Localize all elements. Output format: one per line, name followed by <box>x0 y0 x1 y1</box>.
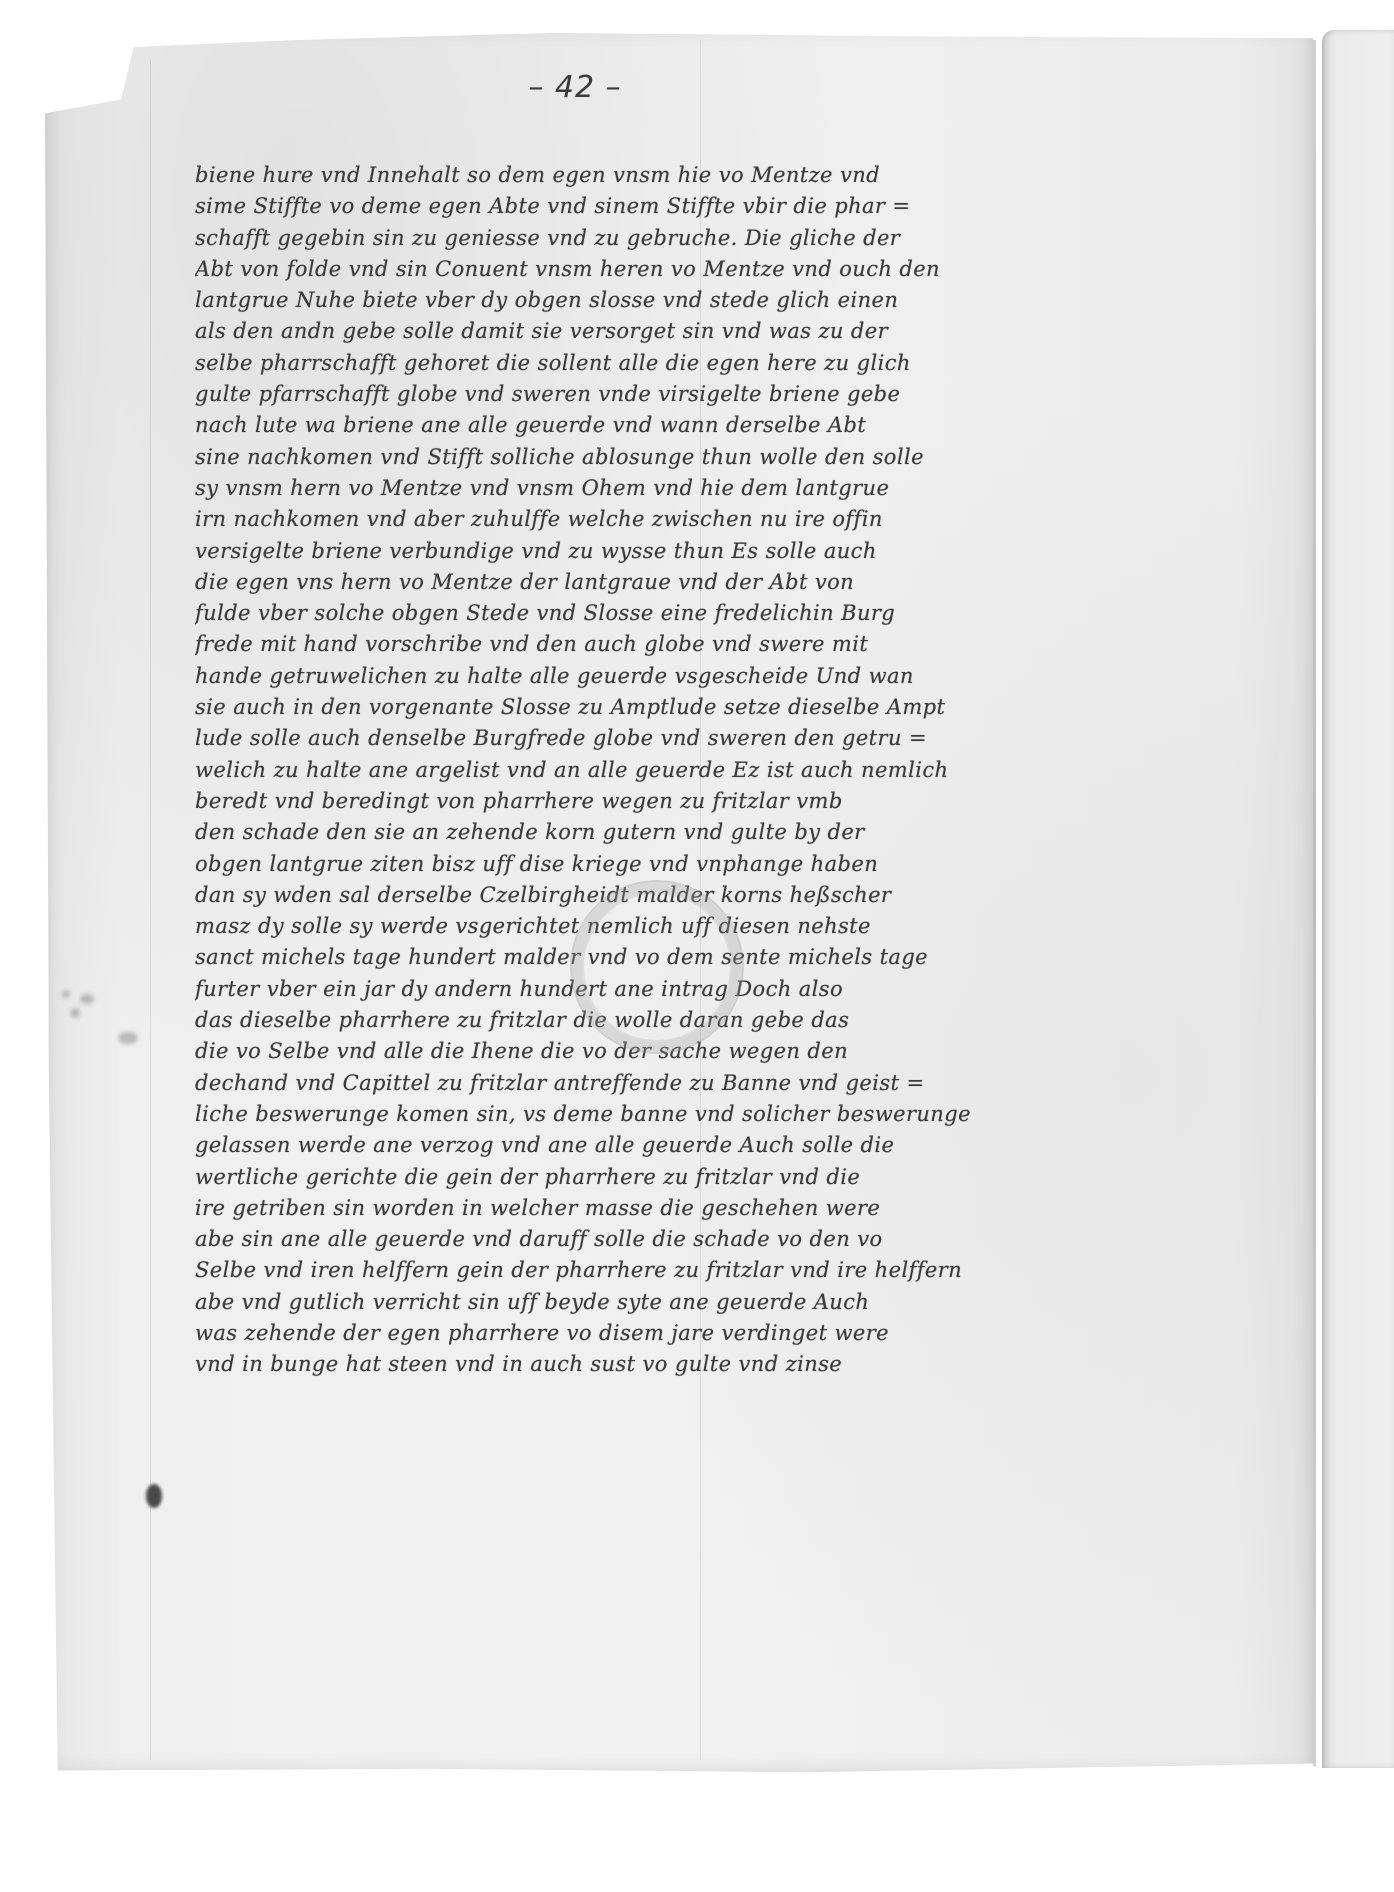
text-line: ire getriben sin worden in welcher masse… <box>195 1193 1255 1224</box>
text-line: sime Stiffte vo deme egen Abte vnd sinem… <box>195 191 1255 222</box>
ink-blot <box>146 1484 162 1508</box>
text-line: selbe pharrschafft gehoret die sollent a… <box>195 348 1255 379</box>
facing-page-edge <box>1322 30 1394 1768</box>
text-line: als den andn gebe solle damit sie versor… <box>195 316 1255 347</box>
text-line: frede mit hand vorschribe vnd den auch g… <box>195 629 1255 660</box>
text-line: liche beswerunge komen sin, vs deme bann… <box>195 1099 1255 1130</box>
ink-speck <box>118 1032 138 1044</box>
text-line: den schade den sie an zehende korn guter… <box>195 817 1255 848</box>
text-line: sine nachkomen vnd Stifft solliche ablos… <box>195 442 1255 473</box>
text-line: lude solle auch denselbe Burgfrede globe… <box>195 723 1255 754</box>
text-line: die vo Selbe vnd alle die Ihene die vo d… <box>195 1036 1255 1067</box>
text-line: gulte pfarrschafft globe vnd sweren vnde… <box>195 379 1255 410</box>
text-line: masz dy solle sy werde vsgerichtet nemli… <box>195 911 1255 942</box>
text-line: gelassen werde ane verzog vnd ane alle g… <box>195 1130 1255 1161</box>
text-line: was zehende der egen pharrhere vo disem … <box>195 1318 1255 1349</box>
text-line: Selbe vnd iren helffern gein der pharrhe… <box>195 1255 1255 1286</box>
text-line: abe sin ane alle geuerde vnd daruff soll… <box>195 1224 1255 1255</box>
text-line: irn nachkomen vnd aber zuhulffe welche z… <box>195 504 1255 535</box>
text-line: sie auch in den vorgenante Slosse zu Amp… <box>195 692 1255 723</box>
text-line: versigelte briene verbundige vnd zu wyss… <box>195 536 1255 567</box>
text-line: das dieselbe pharrhere zu fritzlar die w… <box>195 1005 1255 1036</box>
text-line: beredt vnd beredingt von pharrhere wegen… <box>195 786 1255 817</box>
text-line: furter vber ein jar dy andern hundert an… <box>195 974 1255 1005</box>
gutter-fold <box>1313 40 1316 1766</box>
text-line: obgen lantgrue ziten bisz uff dise krieg… <box>195 849 1255 880</box>
text-line: sy vnsm hern vo Mentze vnd vnsm Ohem vnd… <box>195 473 1255 504</box>
text-line: die egen vns hern vo Mentze der lantgrau… <box>195 567 1255 598</box>
text-line: biene hure vnd Innehalt so dem egen vnsm… <box>195 160 1255 191</box>
manuscript-text: biene hure vnd Innehalt so dem egen vnsm… <box>195 160 1255 1381</box>
text-line: dechand vnd Capittel zu fritzlar antreff… <box>195 1068 1255 1099</box>
text-line: lantgrue Nuhe biete vber dy obgen slosse… <box>195 285 1255 316</box>
text-line: Abt von folde vnd sin Conuent vnsm heren… <box>195 254 1255 285</box>
text-line: sanct michels tage hundert malder vnd vo… <box>195 942 1255 973</box>
ink-speck <box>80 994 94 1004</box>
text-line: fulde vber solche obgen Stede vnd Slosse… <box>195 598 1255 629</box>
text-line: hande getruwelichen zu halte alle geuerd… <box>195 661 1255 692</box>
ink-speck <box>62 990 70 998</box>
text-line: welich zu halte ane argelist vnd an alle… <box>195 755 1255 786</box>
text-line: dan sy wden sal derselbe Czelbirgheidt m… <box>195 880 1255 911</box>
text-line: wertliche gerichte die gein der pharrher… <box>195 1162 1255 1193</box>
ink-speck <box>70 1008 80 1018</box>
text-line: schafft gegebin sin zu geniesse vnd zu g… <box>195 223 1255 254</box>
text-line: vnd in bunge hat steen vnd in auch sust … <box>195 1349 1255 1380</box>
text-line: abe vnd gutlich verricht sin uff beyde s… <box>195 1287 1255 1318</box>
page-number: – 42 – <box>520 70 630 105</box>
text-line: nach lute wa briene ane alle geuerde vnd… <box>195 410 1255 441</box>
